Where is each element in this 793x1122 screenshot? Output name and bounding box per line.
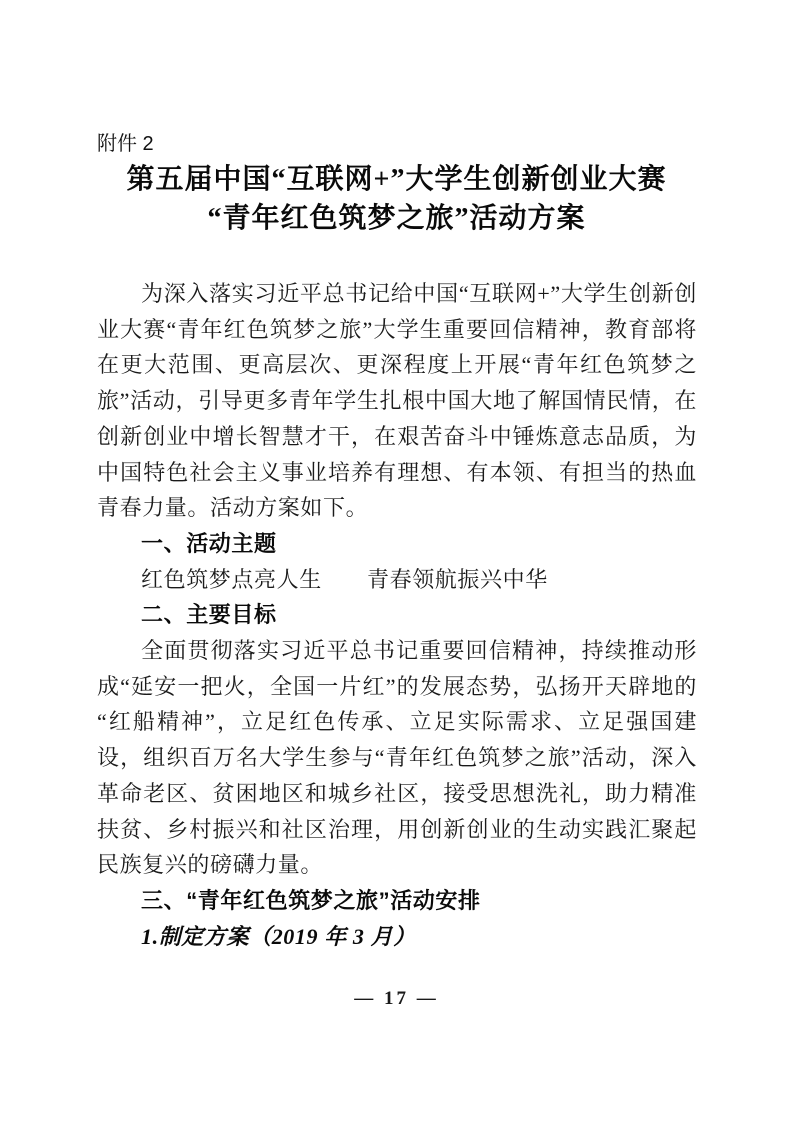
goals-paragraph: 全面贯彻落实习近平总书记重要回信精神，持续推动形成“延安一把火，全国一片红”的发…: [97, 633, 697, 883]
section-heading-main-goals: 二、主要目标: [97, 597, 697, 633]
document-title-line1: 第五届中国“互联网+”大学生创新创业大赛: [60, 160, 733, 199]
page-number: — 17 —: [0, 988, 793, 1010]
theme-slogan-line: 红色筑梦点亮人生 青春领航振兴中华: [97, 562, 697, 598]
document-title: 第五届中国“互联网+”大学生创新创业大赛 “青年红色筑梦之旅”活动方案: [60, 160, 733, 238]
document-page: 附件 2 第五届中国“互联网+”大学生创新创业大赛 “青年红色筑梦之旅”活动方案…: [0, 0, 793, 1122]
document-title-line2: “青年红色筑梦之旅”活动方案: [60, 199, 733, 238]
subsection-heading-plan-formulation: 1.制定方案（2019 年 3 月）: [97, 919, 697, 955]
section-heading-activity-arrangement: 三、“青年红色筑梦之旅”活动安排: [97, 883, 697, 919]
document-body: 为深入落实习近平总书记给中国“互联网+”大学生创新创业大赛“青年红色筑梦之旅”大…: [97, 276, 697, 954]
intro-paragraph: 为深入落实习近平总书记给中国“互联网+”大学生创新创业大赛“青年红色筑梦之旅”大…: [97, 276, 697, 526]
attachment-label: 附件 2: [97, 132, 793, 156]
section-heading-activity-theme: 一、活动主题: [97, 526, 697, 562]
